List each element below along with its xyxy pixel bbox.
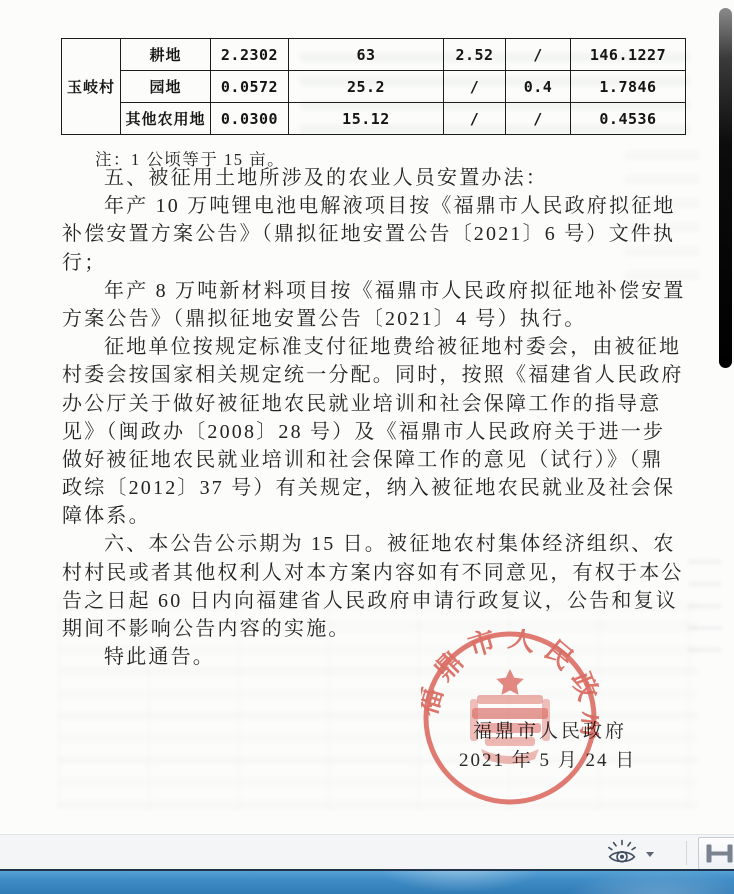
village-name-cell: 玉岐村 [62, 39, 121, 135]
eye-icon [606, 839, 638, 867]
table-cell: / [444, 71, 506, 103]
table-cell: 146.1227 [571, 39, 686, 71]
app-window: 玉岐村 耕地 2.2302 63 2.52 / 146.1227 园地 0.05… [0, 0, 734, 894]
body-line: 见》（闽政办〔2008〕28 号）及《福鼎市人民政府关于进一步 [62, 418, 702, 446]
body-line: 特此通告。 [62, 643, 702, 671]
table-cell: 2.52 [444, 39, 506, 71]
table-cell: / [506, 103, 571, 135]
land-type-cell: 耕地 [121, 39, 211, 71]
official-seal: 福鼎市人民政府 [421, 629, 599, 807]
land-compensation-table: 玉岐村 耕地 2.2302 63 2.52 / 146.1227 园地 0.05… [61, 38, 686, 135]
body-line: 障体系。 [62, 502, 702, 530]
table-cell: 1.7846 [571, 71, 686, 103]
table-cell: / [444, 103, 506, 135]
table-cell: 0.4536 [571, 103, 686, 135]
body-line: 政综〔2012〕37 号）有关规定，纳入被征地农民就业及社会保 [62, 474, 702, 502]
table-cell: 0.0300 [211, 103, 289, 135]
table-row: 园地 0.0572 25.2 / 0.4 1.7846 [62, 71, 686, 103]
toolbar-separator [686, 841, 687, 865]
body-line: 补偿安置方案公告》（鼎拟征地安置公告〔2021〕6 号）文件执 [62, 220, 702, 248]
taskbar-blue-band [0, 871, 734, 894]
fit-width-button[interactable] [698, 837, 734, 870]
announcement-body: 五、被征用土地所涉及的农业人员安置办法： 年产 10 万吨锂电池电解液项目按《福… [62, 164, 702, 671]
body-line: 村委会按国家相关规定统一分配。同时，按照《福建省人民政府 [62, 361, 702, 389]
body-line: 做好被征地农民就业培训和社会保障工作的意见（试行）》（鼎 [62, 446, 702, 474]
scanned-document-page: 玉岐村 耕地 2.2302 63 2.52 / 146.1227 园地 0.05… [0, 0, 734, 833]
body-line: 征地单位按规定标准支付征地费给被征地村委会，由被征地 [62, 333, 702, 361]
table-row: 玉岐村 耕地 2.2302 63 2.52 / 146.1227 [62, 39, 686, 71]
body-line: 年产 10 万吨锂电池电解液项目按《福鼎市人民政府拟征地 [62, 192, 702, 220]
table-cell: 63 [289, 39, 444, 71]
fit-width-icon [706, 844, 733, 863]
body-line: 年产 8 万吨新材料项目按《福鼎市人民政府拟征地补偿安置 [62, 277, 702, 305]
body-line: 告之日起 60 日内向福建省人民政府申请行政复议，公告和复议 [62, 587, 702, 615]
table-cell: 0.4 [506, 71, 571, 103]
body-line: 方案公告》（鼎拟征地安置公告〔2021〕4 号）执行。 [62, 305, 702, 333]
table-cell: 25.2 [289, 71, 444, 103]
body-line: 办公厅关于做好被征地农民就业培训和社会保障工作的指导意 [62, 390, 702, 418]
dropdown-caret-icon[interactable] [646, 852, 654, 857]
body-line: 六、本公告公示期为 15 日。被征地农村集体经济组织、农 [62, 530, 702, 558]
land-type-cell: 园地 [121, 71, 211, 103]
eye-protection-button[interactable] [606, 838, 672, 868]
viewer-toolbar [0, 834, 734, 871]
scrollbar-thumb[interactable] [719, 8, 732, 368]
table-cell: 15.12 [289, 103, 444, 135]
body-line: 五、被征用土地所涉及的农业人员安置办法： [62, 164, 702, 192]
land-type-cell: 其他农用地 [121, 103, 211, 135]
table-row: 其他农用地 0.0300 15.12 / / 0.4536 [62, 103, 686, 135]
table-cell: / [506, 39, 571, 71]
body-line: 期间不影响公告内容的实施。 [62, 615, 702, 643]
table-cell: 2.2302 [211, 39, 289, 71]
body-line: 村村民或者其他权利人对本方案内容如有不同意见，有权于本公 [62, 559, 702, 587]
body-line: 行； [62, 249, 702, 277]
table-cell: 0.0572 [211, 71, 289, 103]
seal-emblem [470, 669, 550, 764]
